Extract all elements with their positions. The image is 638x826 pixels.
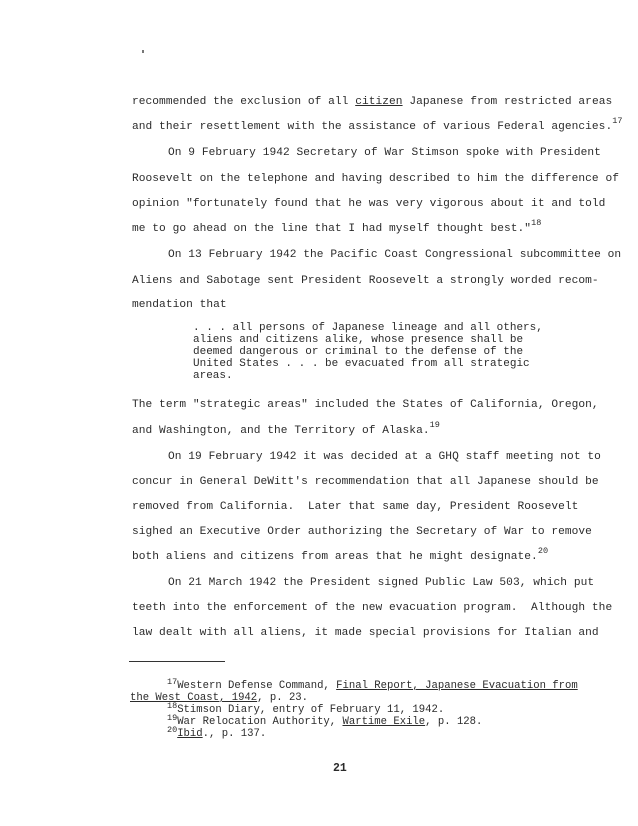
body-line: recommended the exclusion of all citizen… [132,95,612,109]
body-line: both aliens and citizens from areas that… [132,550,548,564]
body-line: On 21 March 1942 the President signed Pu… [168,576,594,590]
emphasis-citizen: citizen [355,96,402,108]
footnote-ref-18: 18 [531,218,541,228]
footnote-ref-20: 20 [538,546,548,556]
body-line: sighed an Executive Order authorizing th… [132,525,592,539]
footnote-title: Ibid [177,728,202,740]
body-line: law dealt with all aliens, it made speci… [132,626,599,640]
body-line: me to go ahead on the line that I had my… [132,222,541,236]
footnote-19: 19War Relocation Authority, Wartime Exil… [167,716,482,728]
footnote-17-cont: the West Coast, 1942, p. 23. [130,692,308,704]
block-quote-line: . . . all persons of Japanese lineage an… [193,322,543,334]
body-line: On 13 February 1942 the Pacific Coast Co… [168,248,621,262]
body-line: On 19 February 1942 it was decided at a … [168,450,601,464]
body-line: The term "strategic areas" included the … [132,398,599,412]
body-line: Roosevelt on the telephone and having de… [132,172,619,186]
body-line: removed from California. Later that same… [132,500,578,514]
footnote-ref-19: 19 [430,420,440,430]
footnote-ref-17: 17 [612,116,622,126]
scan-speck [142,50,144,53]
body-line: On 9 February 1942 Secretary of War Stim… [168,146,601,160]
page-number: 21 [333,762,347,775]
footnote-divider [129,661,225,662]
footnote-title: Final Report, Japanese Evacuation from [336,680,578,692]
footnote-20: 20Ibid., p. 137. [167,728,266,740]
body-line: and their resettlement with the assistan… [132,120,623,134]
footnote-18: 18Stimson Diary, entry of February 11, 1… [167,704,444,716]
body-line: teeth into the enforcement of the new ev… [132,601,612,615]
block-quote-line: areas. [193,370,233,382]
body-line: Aliens and Sabotage sent President Roose… [132,274,599,288]
footnote-title: the West Coast, 1942 [130,692,257,704]
body-line: opinion "fortunately found that he was v… [132,197,605,211]
footnote-title: Wartime Exile [343,716,426,728]
body-line: concur in General DeWitt's recommendatio… [132,475,599,489]
block-quote-line: United States . . . be evacuated from al… [193,358,530,370]
body-line: and Washington, and the Territory of Ala… [132,424,440,438]
footnote-17: 17Western Defense Command, Final Report,… [167,680,578,692]
body-line: mendation that [132,298,227,312]
block-quote-line: deemed dangerous or criminal to the defe… [193,346,523,358]
block-quote-line: aliens and citizens alike, whose presenc… [193,334,523,346]
document-page: recommended the exclusion of all citizen… [0,0,638,826]
